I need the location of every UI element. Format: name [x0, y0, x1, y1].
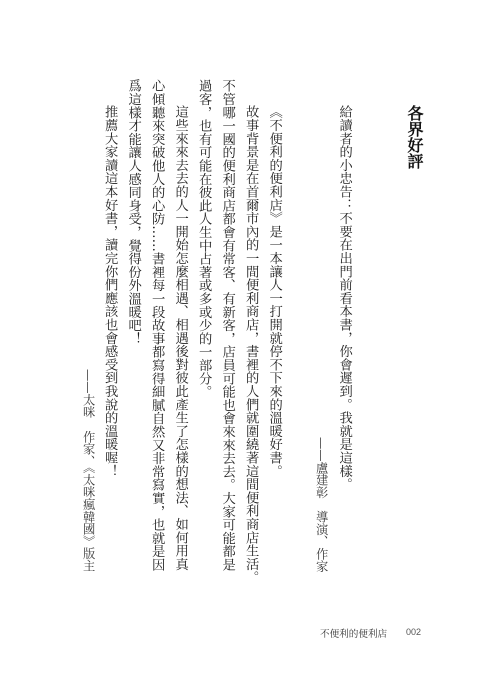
review-1-attribution: ——盧建彰導演、作家 — [315, 437, 327, 572]
attribution-name: 盧建彰 — [314, 461, 328, 498]
review-2-attribution: ——太咪作家、《太咪瘋韓國》版主 — [82, 369, 94, 572]
review-1-line-1: 給讀者的小忠告：不要在出門前看本書，你會遲到。我就是這樣。 — [337, 105, 350, 491]
review-2-paragraph-2-line-3: 過客，也有可能在彼此人生中占著或多或少的一部分。 — [197, 79, 210, 398]
review-2-paragraph-2-line-1: 故事背景是在首爾市內的一間便利商店，書裡的人們就圍繞著這間便利商店生活。 — [244, 105, 257, 584]
attribution-name: 太咪 — [81, 394, 95, 419]
attribution-dash: —— — [81, 369, 95, 394]
attribution-role: 導演、作家 — [314, 511, 328, 573]
review-2-paragraph-3-line-1: 這些來來去去的人一開始怎麼相遇、相遇後對彼此產生了怎樣的想法、如何用真 — [173, 105, 186, 571]
footer-book-title: 不便利的便利店 — [320, 626, 387, 640]
attribution-spacer — [315, 498, 327, 510]
review-2-paragraph-4-line-1: 推薦大家讀這本好書，讀完你們應該也會感受到我說的溫暖喔！ — [103, 105, 116, 477]
page-number: 002 — [406, 627, 421, 637]
review-2-paragraph-1-line-1: 《不便利的便利店》是一本讓人一打開就停不下來的溫暖好書。 — [267, 105, 280, 477]
review-2-paragraph-3-line-2: 心傾聽來突破他人的心防……書裡每一段故事都寫得細膩自然又非常寫實，也就是因 — [150, 79, 163, 571]
page-title: 各界好評 — [406, 105, 422, 169]
review-2-paragraph-3-line-3: 爲這樣才能讓人感同身受，覺得份外溫暖吧！ — [126, 79, 139, 345]
review-2-paragraph-2-line-2: 不管哪一國的便利商店都會有常客、有新客，店員可能也會來來去去。大家可能都是 — [220, 79, 233, 571]
attribution-dash: —— — [314, 437, 328, 462]
attribution-spacer — [82, 418, 94, 430]
attribution-role: 作家、《太咪瘋韓國》版主 — [81, 431, 95, 572]
